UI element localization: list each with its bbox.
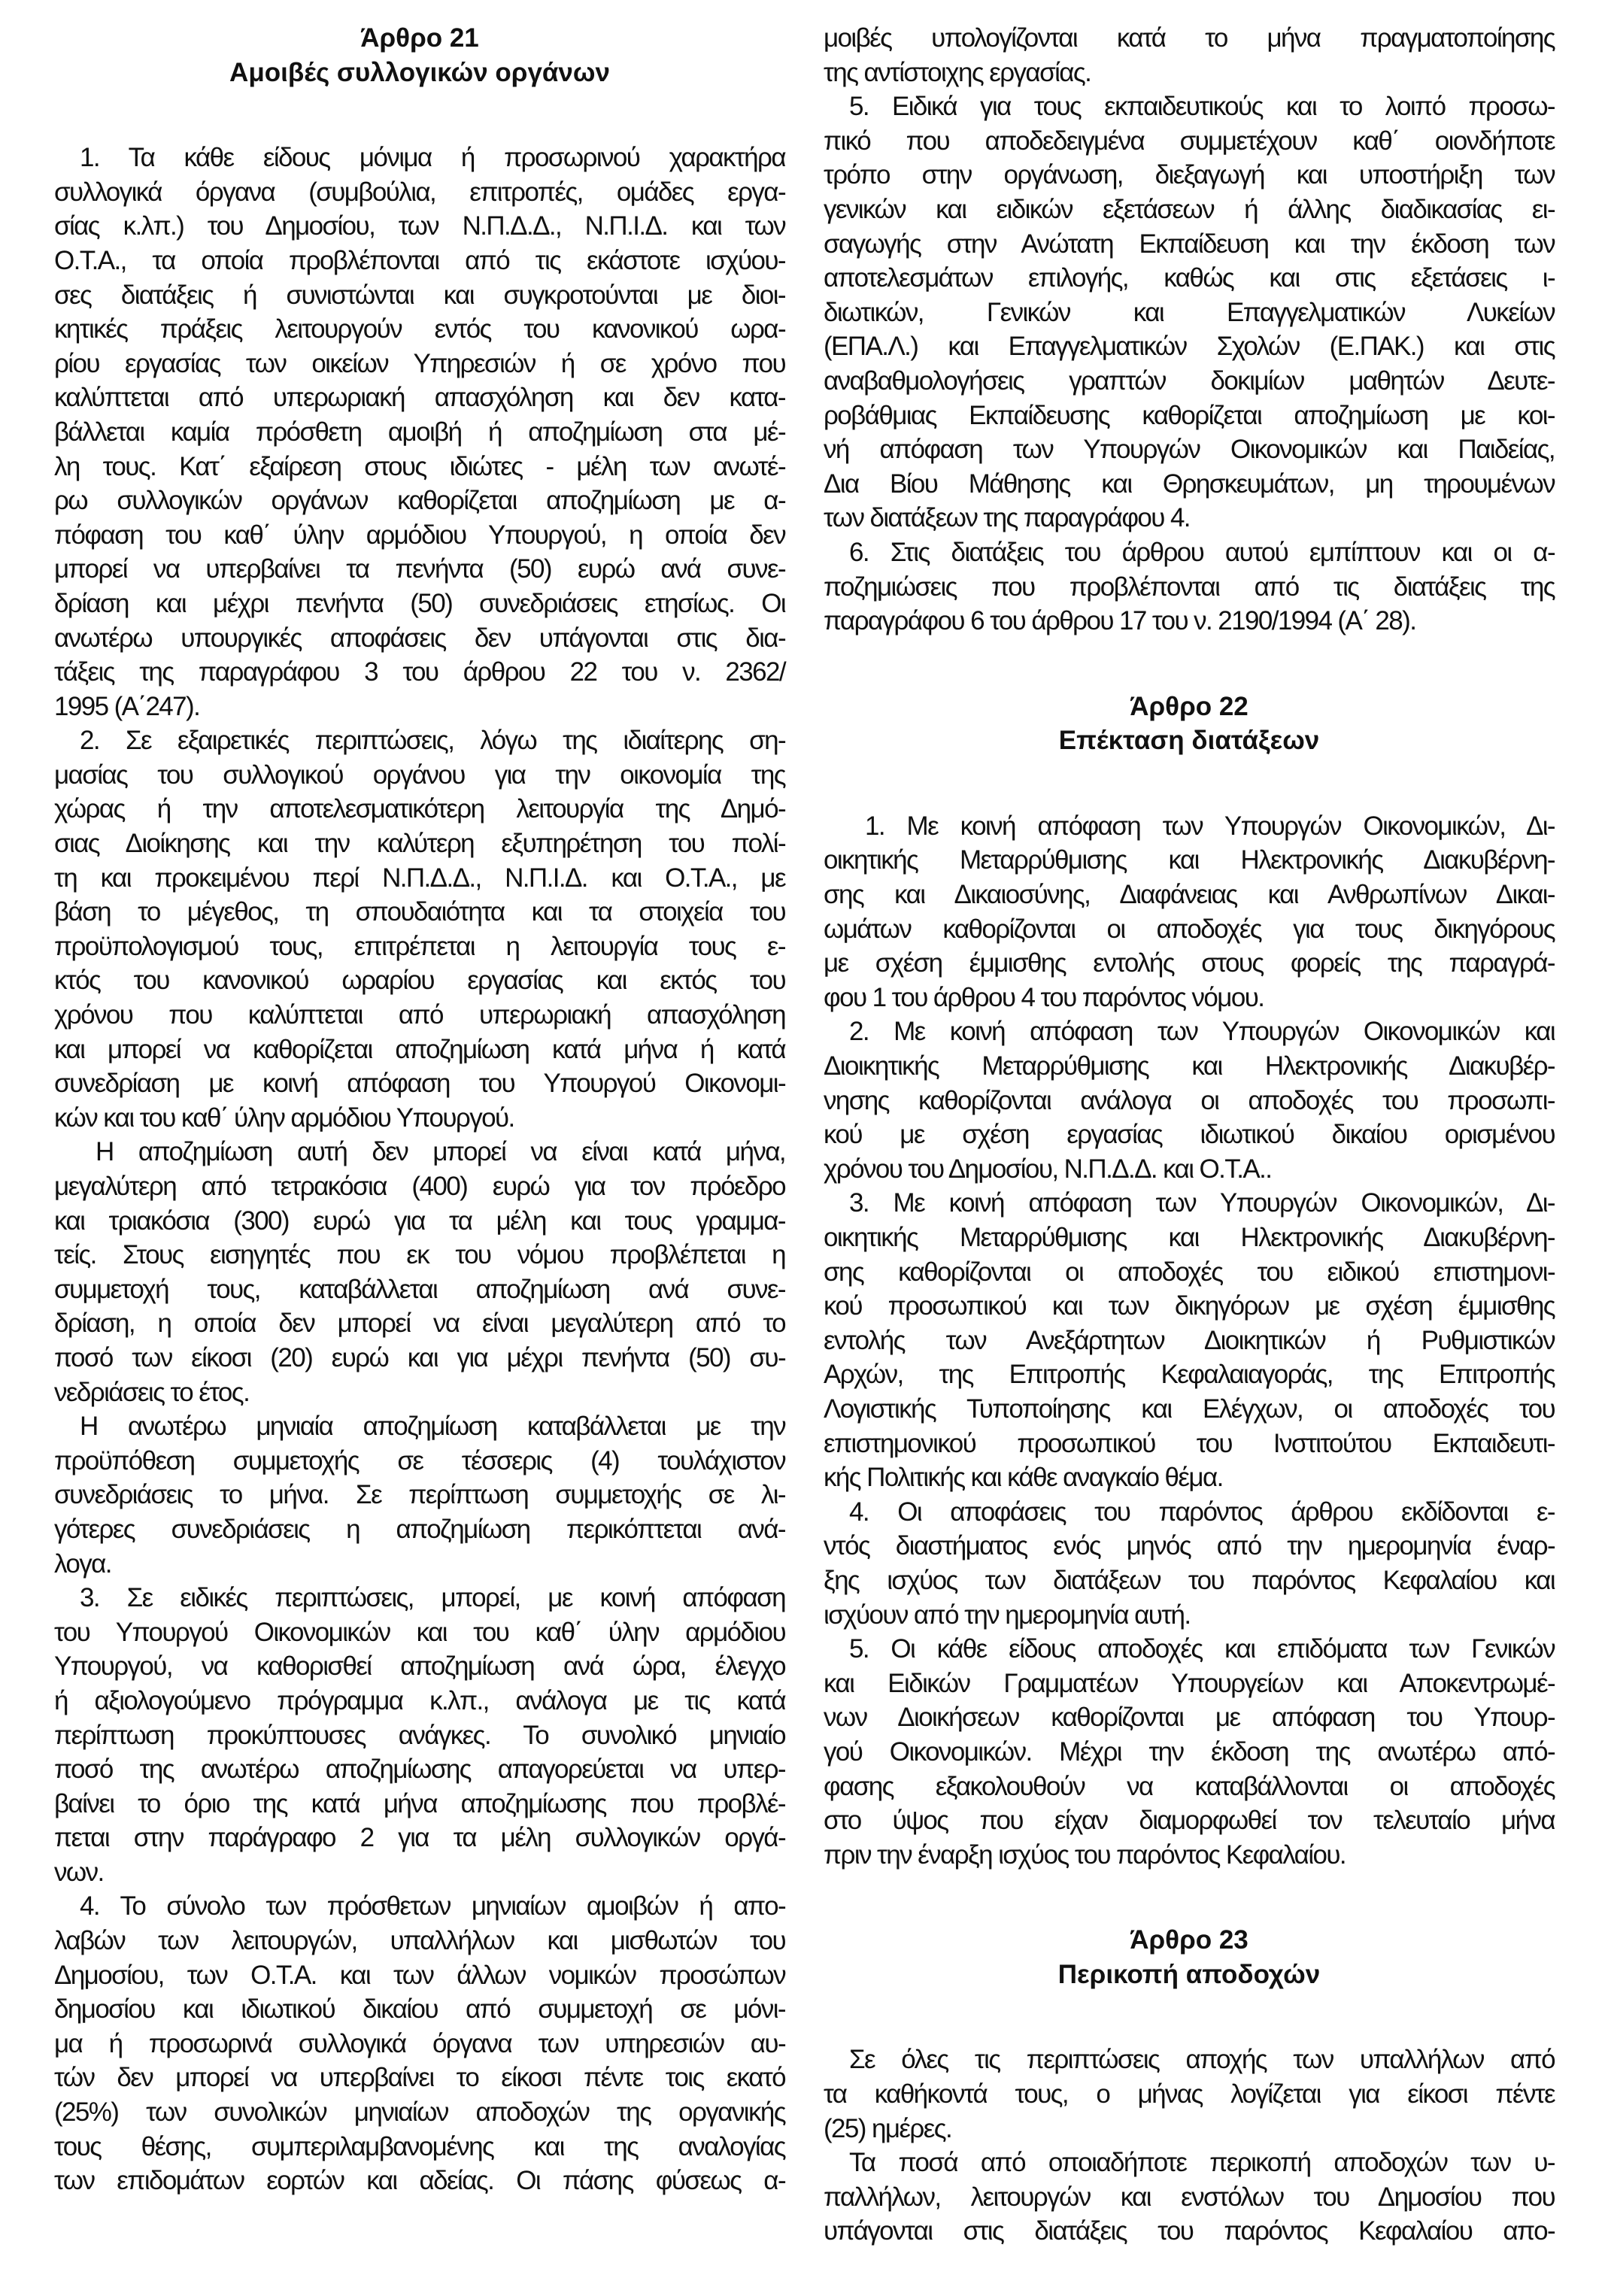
text-line: των επιδομάτων εορτών και αδείας. Οι πάσ… [54,2164,785,2198]
text-line: κών και του καθ΄ ύλην αρμόδιου Υπουργού. [54,1101,785,1136]
text-line: νή απόφαση των Υπουργών Οικονομικών και … [824,432,1555,467]
text-line: Υπουργού, να καθορισθεί αποζημίωση ανά ώ… [54,1649,785,1684]
text-line: προϋπόθεση συμμετοχής σε τέσσερις (4) το… [54,1444,785,1479]
text-line: γενικών και ειδικών εξετάσεων ή άλλης δι… [824,193,1555,227]
text-line: γού Οικονομικών. Μέχρι την έκδοση της αν… [824,1735,1555,1770]
text-line: οικητικής Μεταρρύθμισης και Ηλεκτρονικής… [824,843,1555,878]
text-line: ποσό της ανωτέρω αποζημίωσης απαγορεύετα… [54,1752,785,1787]
text-line: Τα ποσά από οποιαδήποτε περικοπή αποδοχώ… [824,2146,1555,2180]
text-line: Διοικητικής Μεταρρύθμισης και Ηλεκτρονικ… [824,1049,1555,1084]
text-line: 5. Ειδικά για τους εκπαιδευτικούς και το… [824,89,1555,124]
text-line: υπάγονται στις διατάξεις του παρόντος Κε… [824,2214,1555,2249]
article-23-paragraph-1: Σε όλες τις περιπτώσεις αποχής των υπαλλ… [824,2043,1555,2146]
text-line: εντολής των Ανεξάρτητων Διοικητικών ή Ρυ… [824,1324,1555,1358]
text-line: επιστημονικού προσωπικού του Ινστιτούτου… [824,1427,1555,1461]
text-line: σίας κ.λπ.) του Δημοσίου, των Ν.Π.Δ.Δ., … [54,209,785,244]
text-line: κτός του κανονικού ωραρίου εργασίας και … [54,963,785,998]
text-line: 1995 (Α΄247). [54,690,785,724]
text-line: παλλήλων, λειτουργών και ενστόλων του Δη… [824,2180,1555,2215]
text-line: (ΕΠΑ.Λ.) και Επαγγελματικών Σχολών (Ε.ΠΑ… [824,329,1555,364]
text-line: χώρας ή την αποτελεσματικότερη λειτουργί… [54,792,785,826]
text-line: ανωτέρω υπουργικές αποφάσεις δεν υπάγοντ… [54,621,785,656]
text-line: 1. Τα κάθε είδους μόνιμα ή προσωρινού χα… [54,141,785,175]
text-line: κητικές πράξεις λειτουργούν εντός του κα… [54,312,785,347]
text-line: τους θέσης, συμπεριλαμβανομένης και της … [54,2130,785,2164]
text-line: 1. Με κοινή απόφαση των Υπουργών Οικονομ… [824,809,1555,844]
text-line: πεται στην παράγραφο 2 για τα μέλη συλλο… [54,1821,785,1855]
text-line: οικητικής Μεταρρύθμισης και Ηλεκτρονικής… [824,1221,1555,1255]
text-line: χρόνου που καλύπτεται από υπερωριακή απα… [54,998,785,1033]
text-line: πόφαση του καθ΄ ύλην αρμόδιου Υπουργού, … [54,518,785,553]
text-line: τών δεν μπορεί να υπερβαίνει το είκοσι π… [54,2061,785,2095]
text-line: σης και Δικαιοσύνης, Διαφάνειας και Ανθρ… [824,878,1555,912]
text-line: Δια Βίου Μάθησης και Θρησκευμάτων, μη τη… [824,467,1555,502]
text-line: σιας Διοίκησης και την καλύτερη εξυπηρέτ… [54,826,785,861]
text-line: αναβαθμολογήσεις γραπτών δοκιμίων μαθητώ… [824,364,1555,399]
text-line: παραγράφου 6 του άρθρου 17 του ν. 2190/1… [824,604,1555,638]
text-line: στο ύψος που είχαν διαμορφωθεί τον τελευ… [824,1803,1555,1838]
text-line: δρίαση και μέχρι πενήντα (50) συνεδριάσε… [54,587,785,621]
text-line: συλλογικά όργανα (συμβούλια, επιτροπές, … [54,175,785,210]
article-21-paragraph-3: 3. Σε ειδικές περιπτώσεις, μπορεί, με κο… [54,1581,785,1889]
text-line: ντός διαστήματος ενός μηνός από την ημερ… [824,1529,1555,1564]
text-line: Η ανωτέρω μηνιαία αποζημίωση καταβάλλετα… [54,1409,785,1444]
text-line: μπορεί να υπερβαίνει τα πενήντα (50) ευρ… [54,552,785,587]
text-line: (25%) των συνολικών μηνιαίων αποδοχών τη… [54,2095,785,2130]
text-line: φου 1 του άρθρου 4 του παρόντος νόμου. [824,981,1555,1015]
article-23-paragraph-2: Τα ποσά από οποιαδήποτε περικοπή αποδοχώ… [824,2146,1555,2249]
text-line: Δημοσίου, των Ο.Τ.Α. και των άλλων νομικ… [54,1958,785,1993]
text-line: νων Διοικήσεων καθορίζονται με απόφαση τ… [824,1700,1555,1735]
text-line: βάση το μέγεθος, τη σπουδαιότητα και τα … [54,895,785,930]
article-21-number: Άρθρο 21 [54,21,785,56]
text-line: τείς. Στους εισηγητές που εκ του νόμου π… [54,1238,785,1272]
article-22-paragraph-2: 2. Με κοινή απόφαση των Υπουργών Οικονομ… [824,1015,1555,1186]
text-line: ροβάθμιας Εκπαίδευσης καθορίζεται αποζημ… [824,399,1555,433]
text-line: 2. Σε εξαιρετικές περιπτώσεις, λόγω της … [54,723,785,758]
text-line: ξης ισχύος των διατάξεων του παρόντος Κε… [824,1564,1555,1598]
text-line: τάξεις της παραγράφου 3 του άρθρου 22 το… [54,655,785,690]
text-line: ρω συλλογικών οργάνων καθορίζεται αποζημ… [54,484,785,518]
text-line: δρίαση, η οποία δεν μπορεί να είναι μεγα… [54,1306,785,1341]
text-line: συμμετοχή τους, καταβάλλεται αποζημίωση … [54,1272,785,1307]
text-line: λογα. [54,1547,785,1582]
article-21-title: Αμοιβές συλλογικών οργάνων [54,56,785,90]
text-line: σης καθορίζονται οι αποδοχές του ειδικού… [824,1255,1555,1290]
text-line: ωμάτων καθορίζονται οι αποδοχές για τους… [824,912,1555,947]
text-line: κού με σχέση εργασίας ιδιωτικού δικαίου … [824,1118,1555,1152]
text-line: ρίου εργασίας των οικείων Υπηρεσιών ή σε… [54,347,785,381]
text-line: νων. [54,1855,785,1890]
text-line: περίπτωση προκύπτουσες ανάγκες. Το συνολ… [54,1718,785,1753]
text-line: Η αποζημίωση αυτή δεν μπορεί να είναι κα… [54,1135,785,1169]
text-line: 6. Στις διατάξεις του άρθρου αυτού εμπίπ… [824,535,1555,570]
text-line: βάλλεται καμία πρόσθετη αμοιβή ή αποζημί… [54,415,785,450]
text-line: 5. Οι κάθε είδους αποδοχές και επιδόματα… [824,1632,1555,1667]
text-line: λη τους. Κατ΄ εξαίρεση στους ιδιώτες - μ… [54,450,785,484]
text-line: βαίνει το όριο της κατά μήνα αποζημίωσης… [54,1787,785,1821]
text-line: Σε όλες τις περιπτώσεις αποχής των υπαλλ… [824,2043,1555,2077]
text-line: συνεδρίαση με κοινή απόφαση του Υπουργού… [54,1066,785,1101]
text-line: με σχέση έμμισθης εντολής στους φορείς τ… [824,946,1555,981]
article-23-title: Περικοπή αποδοχών [824,1958,1555,1992]
text-line: χρόνου του Δημοσίου, Ν.Π.Δ.Δ. και Ο.Τ.Α.… [824,1152,1555,1187]
text-line: Αρχών, της Επιτροπής Κεφαλαιαγοράς, της … [824,1357,1555,1392]
text-line: αποτελεσμάτων επιλογής, καθώς και στις ε… [824,261,1555,296]
text-line: 4. Το σύνολο των πρόσθετων μηνιαίων αμοι… [54,1889,785,1924]
text-line: 3. Με κοινή απόφαση των Υπουργών Οικονομ… [824,1186,1555,1221]
text-line: γότερες συνεδριάσεις η αποζημίωση περικό… [54,1512,785,1547]
text-line: δημοσίου και ιδιωτικού δικαίου από συμμε… [54,1992,785,2027]
text-line: ισχύουν από την ημερομηνία αυτή. [824,1598,1555,1633]
text-line: των διατάξεων της παραγράφου 4. [824,501,1555,535]
text-line: καλύπτεται από υπερωριακή απασχόληση και… [54,381,785,415]
article-22-paragraph-4: 4. Οι αποφάσεις του παρόντος άρθρου εκδί… [824,1495,1555,1632]
text-line: κής Πολιτικής και κάθε αναγκαίο θέμα. [824,1460,1555,1495]
text-line: διωτικών, Γενικών και Επαγγελματικών Λυκ… [824,296,1555,330]
text-line: μοιβές υπολογίζονται κατά το μήνα πραγμα… [824,21,1555,56]
text-line: σες διατάξεις ή συνιστώνται και συγκροτο… [54,278,785,313]
article-21-paragraph-5: 5. Ειδικά για τους εκπαιδευτικούς και το… [824,89,1555,535]
article-21-paragraph-4: 4. Το σύνολο των πρόσθετων μηνιαίων αμοι… [54,1889,785,2197]
text-line: 2. Με κοινή απόφαση των Υπουργών Οικονομ… [824,1015,1555,1049]
article-21-paragraph-2-compensation: Η αποζημίωση αυτή δεν μπορεί να είναι κα… [54,1135,785,1409]
left-column: Άρθρο 21 Αμοιβές συλλογικών οργάνων 1. Τ… [54,21,785,2198]
article-21-paragraph-6: 6. Στις διατάξεις του άρθρου αυτού εμπίπ… [824,535,1555,638]
text-line: πικό που αποδεδειγμένα συμμετέχουν καθ΄ … [824,124,1555,159]
article-21-paragraph-2: 2. Σε εξαιρετικές περιπτώσεις, λόγω της … [54,723,785,1135]
text-line: νεδριάσεις το έτος. [54,1375,785,1410]
text-line: πριν την έναρξη ισχύος του παρόντος Κεφα… [824,1838,1555,1873]
text-line: Λογιστικής Τυποποίησης και Ελέγχων, οι α… [824,1392,1555,1427]
text-line: μασίας του συλλογικού οργάνου για την οι… [54,758,785,793]
text-line: τα καθήκοντά τους, ο μήνας λογίζεται για… [824,2077,1555,2112]
text-line: και μπορεί να καθορίζεται αποζημίωση κατ… [54,1033,785,1067]
text-line: προϋπολογισμού τους, επιτρέπεται η λειτο… [54,930,785,964]
text-line: ή αξιολογούμενο πρόγραμμα κ.λπ., ανάλογα… [54,1684,785,1718]
article-21-paragraph-2-monthly: Η ανωτέρω μηνιαία αποζημίωση καταβάλλετα… [54,1409,785,1581]
text-line: 3. Σε ειδικές περιπτώσεις, μπορεί, με κο… [54,1581,785,1615]
text-line: συνεδριάσεις το μήνα. Σε περίπτωση συμμε… [54,1478,785,1512]
text-line: Ο.Τ.Α., τα οποία προβλέπονται από τις εκ… [54,244,785,278]
article-21-paragraph-4-continued: μοιβές υπολογίζονται κατά το μήνα πραγμα… [824,21,1555,89]
text-line: φασης εξακολουθούν να καταβάλλονται οι α… [824,1770,1555,1804]
text-line: και Ειδικών Γραμματέων Υπουργείων και Απ… [824,1667,1555,1701]
text-line: μα ή προσωρινά συλλογικά όργανα των υπηρ… [54,2027,785,2061]
text-line: (25) ημέρες. [824,2112,1555,2146]
text-line: του Υπουργού Οικονομικών και του καθ΄ ύλ… [54,1615,785,1650]
right-column: μοιβές υπολογίζονται κατά το μήνα πραγμα… [824,21,1555,2249]
text-line: ποζημιώσεις που προβλέπονται από τις δια… [824,570,1555,605]
article-22-paragraph-1: 1. Με κοινή απόφαση των Υπουργών Οικονομ… [824,809,1555,1015]
text-line: ποσό των είκοσι (20) ευρώ και για μέχρι … [54,1341,785,1375]
text-line: κού προσωπικού και των δικηγόρων με σχέσ… [824,1289,1555,1324]
text-line: λαβών των λειτουργών, υπαλλήλων και μισθ… [54,1924,785,1958]
article-22-title: Επέκταση διατάξεων [824,723,1555,758]
text-line: σαγωγής στην Ανώτατη Εκπαίδευση και την … [824,227,1555,262]
article-22-paragraph-5: 5. Οι κάθε είδους αποδοχές και επιδόματα… [824,1632,1555,1872]
text-line: νησης καθορίζονται ανάλογα οι αποδοχές τ… [824,1084,1555,1118]
article-21-paragraph-1: 1. Τα κάθε είδους μόνιμα ή προσωρινού χα… [54,141,785,723]
text-line: τρόπο στην οργάνωση, διεξαγωγή και υποστ… [824,158,1555,193]
text-line: τη και προκειμένου περί Ν.Π.Δ.Δ., Ν.Π.Ι.… [54,861,785,896]
article-22-paragraph-3: 3. Με κοινή απόφαση των Υπουργών Οικονομ… [824,1186,1555,1494]
text-line: της αντίστοιχης εργασίας. [824,56,1555,90]
text-line: 4. Οι αποφάσεις του παρόντος άρθρου εκδί… [824,1495,1555,1530]
text-line: μεγαλύτερη από τετρακόσια (400) ευρώ για… [54,1169,785,1204]
text-line: και τριακόσια (300) ευρώ για τα μέλη και… [54,1204,785,1239]
article-22-number: Άρθρο 22 [824,690,1555,724]
article-23-number: Άρθρο 23 [824,1923,1555,1958]
